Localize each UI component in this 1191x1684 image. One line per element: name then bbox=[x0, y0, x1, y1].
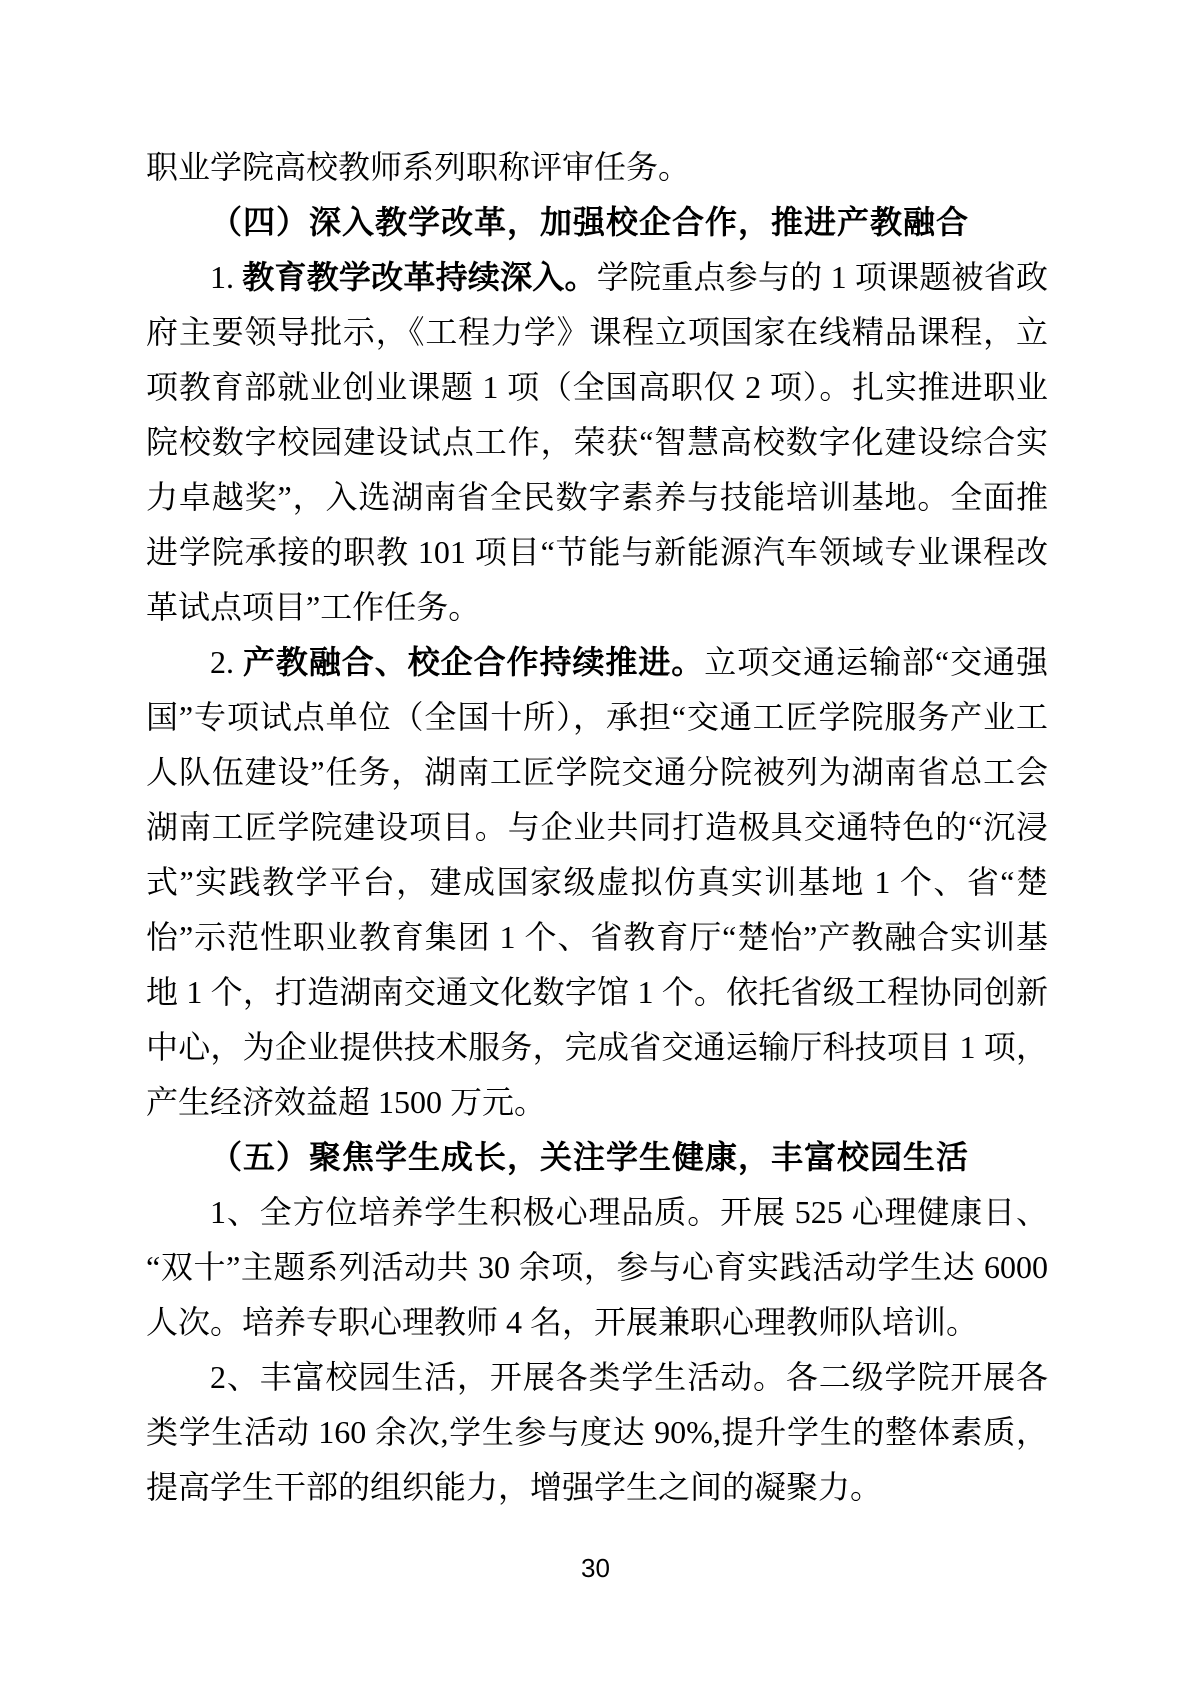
text-run: 立项交通运输部“交通强国”专项试点单位（全国十所），承担“交通工匠学院服务产业工… bbox=[146, 644, 1048, 1120]
text-run: 职业学院高校教师系列职称评审任务。 bbox=[146, 149, 690, 185]
document-body: 职业学院高校教师系列职称评审任务。（四）深入教学改革，加强校企合作，推进产教融合… bbox=[146, 140, 1048, 1515]
bold-text-run: （五）聚焦学生成长，关注学生健康，丰富校园生活 bbox=[210, 1139, 969, 1175]
continuation-paragraph: 职业学院高校教师系列职称评审任务。 bbox=[146, 140, 1048, 195]
text-run: 学院重点参与的 1 项课题被省政府主要领导批示，《工程力学》课程立项国家在线精品… bbox=[146, 259, 1048, 625]
text-run: 1. bbox=[210, 259, 242, 295]
section-heading: （五）聚焦学生成长，关注学生健康，丰富校园生活 bbox=[146, 1130, 1048, 1185]
body-paragraph: 2、丰富校园生活，开展各类学生活动。各二级学院开展各类学生活动 160 余次,学… bbox=[146, 1350, 1048, 1515]
bold-text-run: 产教融合、校企合作持续推进。 bbox=[243, 644, 704, 680]
body-paragraph: 2. 产教融合、校企合作持续推进。立项交通运输部“交通强国”专项试点单位（全国十… bbox=[146, 635, 1048, 1130]
page-number: 30 bbox=[0, 1552, 1191, 1584]
text-run: 2. bbox=[210, 644, 243, 680]
bold-text-run: 教育教学改革持续深入。 bbox=[242, 259, 597, 295]
bold-text-run: （四）深入教学改革，加强校企合作，推进产教融合 bbox=[210, 204, 969, 240]
text-run: 2、丰富校园生活，开展各类学生活动。各二级学院开展各类学生活动 160 余次,学… bbox=[146, 1359, 1048, 1505]
body-paragraph: 1、全方位培养学生积极心理品质。开展 525 心理健康日、“双十”主题系列活动共… bbox=[146, 1185, 1048, 1350]
body-paragraph: 1. 教育教学改革持续深入。学院重点参与的 1 项课题被省政府主要领导批示，《工… bbox=[146, 250, 1048, 635]
text-run: 1、全方位培养学生积极心理品质。开展 525 心理健康日、“双十”主题系列活动共… bbox=[146, 1194, 1048, 1340]
section-heading: （四）深入教学改革，加强校企合作，推进产教融合 bbox=[146, 195, 1048, 250]
document-page: 职业学院高校教师系列职称评审任务。（四）深入教学改革，加强校企合作，推进产教融合… bbox=[0, 0, 1191, 1684]
